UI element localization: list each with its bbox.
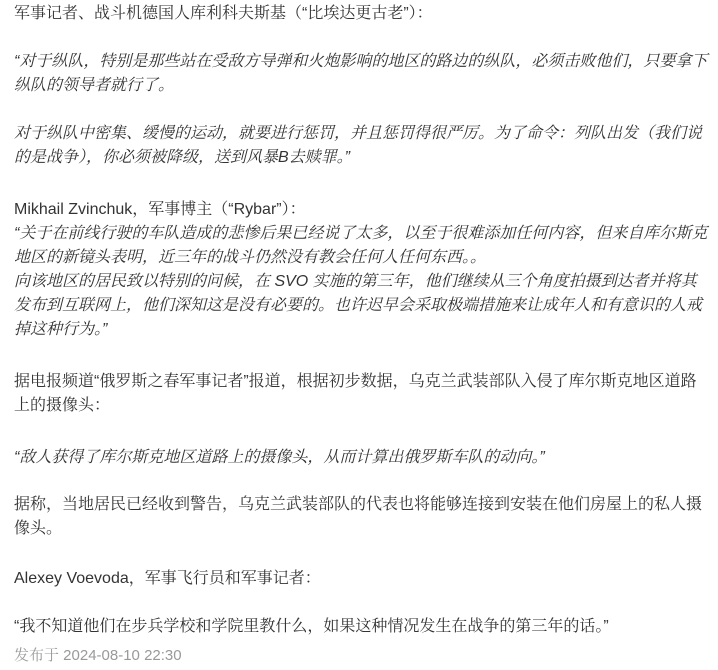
quote-kulikovsky-line: “对于纵队，特别是那些站在受敌方导弹和火炮影响的地区的路边的纵队，必须击败他们，… bbox=[14, 50, 710, 74]
speaker-intro-kulikovsky: 军事记者、战斗机德国人库利科夫斯基（“比埃达更古老”）： bbox=[14, 2, 710, 26]
telegram-report-line: 据电报频道“俄罗斯之春军事记者”报道，根据初步数据，乌克兰武装部队入侵了库尔斯克… bbox=[14, 370, 710, 394]
speaker-intro-zvinchuk: Mikhail Zvinchuk，军事博主（“Rybar”）： bbox=[14, 198, 710, 222]
quote-zvinchuk-line: “关于在前线行驶的车队造成的悲惨后果已经说了太多，以至于很难添加任何内容，但来自… bbox=[14, 222, 710, 246]
telegram-report-line: 上的摄像头： bbox=[14, 394, 710, 418]
speaker-intro-voevoda: Alexey Voevoda，军事飞行员和军事记者： bbox=[14, 567, 710, 591]
quote-kulikovsky-line: 纵队的领导者就行了。 bbox=[14, 74, 710, 98]
quote-kulikovsky-line: 对于纵队中密集、缓慢的运动，就要进行惩罚，并且惩罚得很严厉。为了命令：列队出发（… bbox=[14, 122, 710, 146]
quote-zvinchuk-line: 地区的新镜头表明，近三年的战斗仍然没有教会任何人任何东西。。 bbox=[14, 246, 710, 270]
quote-zvinchuk-line: 掉这种行为。” bbox=[14, 318, 710, 342]
quote-zvinchuk-line: 向该地区的居民致以特别的问候，在 SVO 实施的第三年，他们继续从三个角度拍摄到… bbox=[14, 270, 710, 294]
quote-zvinchuk-line: 发布到互联网上，他们深知这是没有必要的。也许迟早会采取极端措施来让成年人和有意识… bbox=[14, 294, 710, 318]
residents-warning-line: 像头。 bbox=[14, 517, 710, 541]
quote-kulikovsky-line: 的是战争），你必须被降级，送到风暴B去赎罪。” bbox=[14, 146, 710, 170]
published-timestamp: 发布于 2024-08-10 22:30 bbox=[14, 644, 710, 668]
quote-telegram: “敌人获得了库尔斯克地区道路上的摄像头，从而计算出俄罗斯车队的动向。” bbox=[14, 446, 710, 470]
article-body: 军事记者、战斗机德国人库利科夫斯基（“比埃达更古老”）： “对于纵队，特别是那些… bbox=[0, 0, 718, 670]
residents-warning-line: 据称，当地居民已经收到警告，乌克兰武装部队的代表也将能够连接到安装在他们房屋上的… bbox=[14, 493, 710, 517]
quote-voevoda: “我不知道他们在步兵学校和学院里教什么，如果这种情况发生在战争的第三年的话。” bbox=[14, 615, 710, 639]
